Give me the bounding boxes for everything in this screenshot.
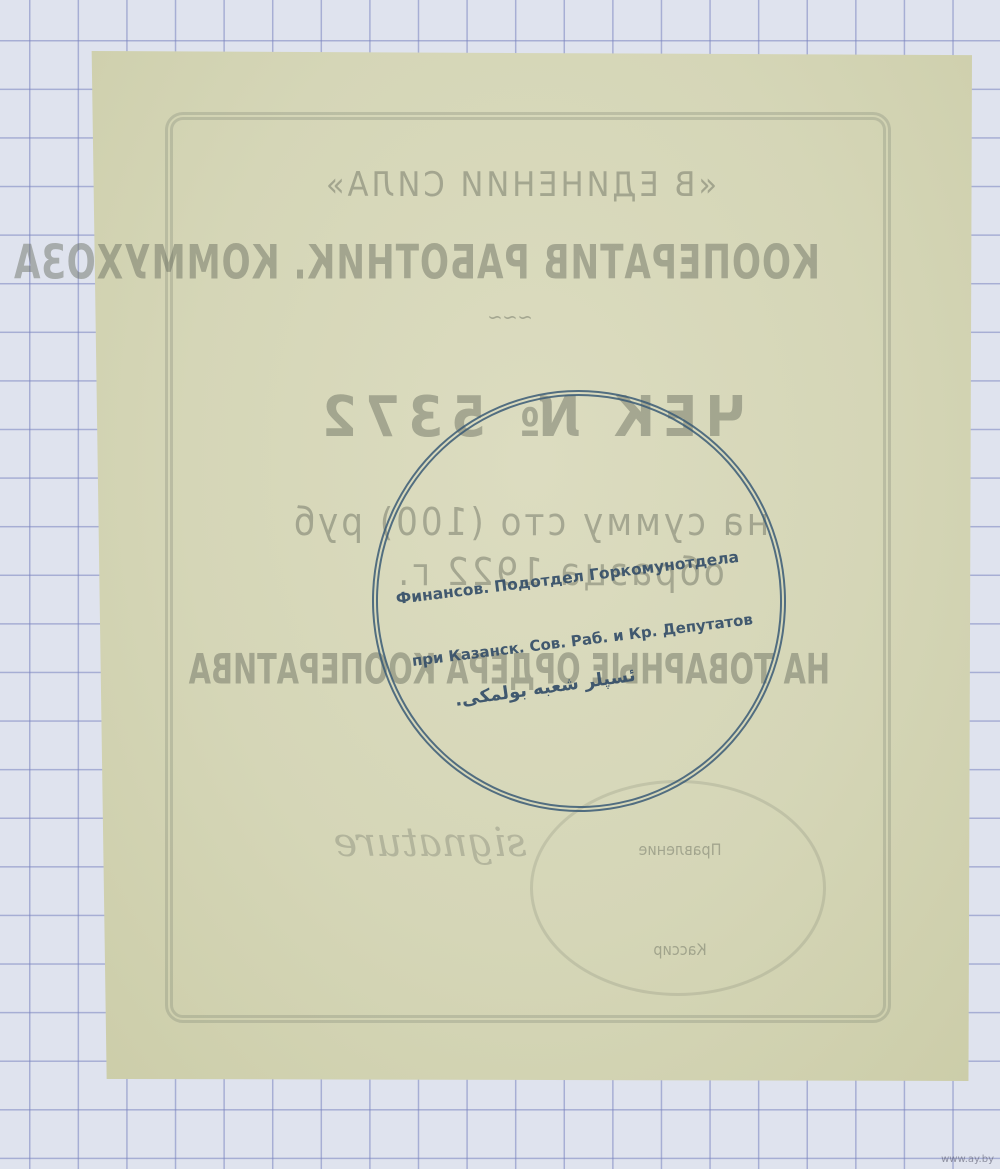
ghost-seal (530, 780, 826, 996)
watermark: www.ay.by (941, 1154, 994, 1165)
motto-text: «В ЕДИНЕНИИ СИЛА» (260, 165, 780, 205)
cooperative-name: КООПЕРАТИВ РАБОТНИК. КОММУХОЗА (220, 235, 820, 290)
ornament: ~~~ (450, 305, 570, 329)
